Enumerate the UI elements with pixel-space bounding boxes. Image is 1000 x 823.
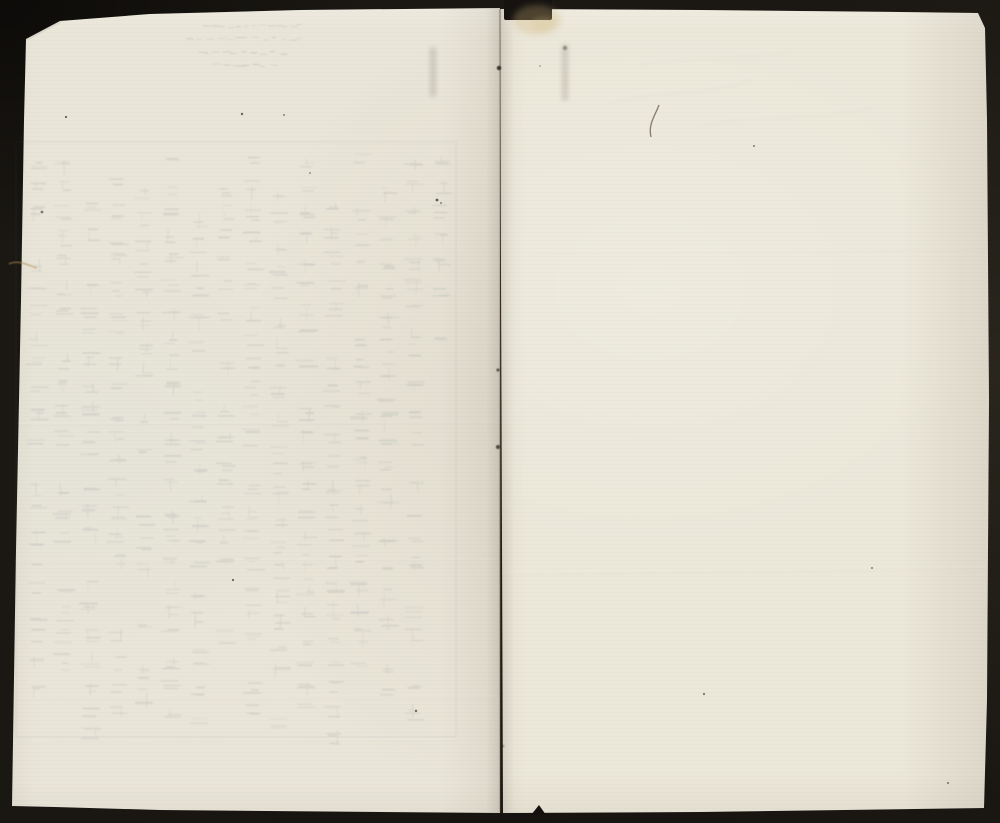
right-page bbox=[500, 0, 1000, 823]
left-page bbox=[0, 0, 500, 823]
book-scan-photo bbox=[0, 0, 1000, 823]
